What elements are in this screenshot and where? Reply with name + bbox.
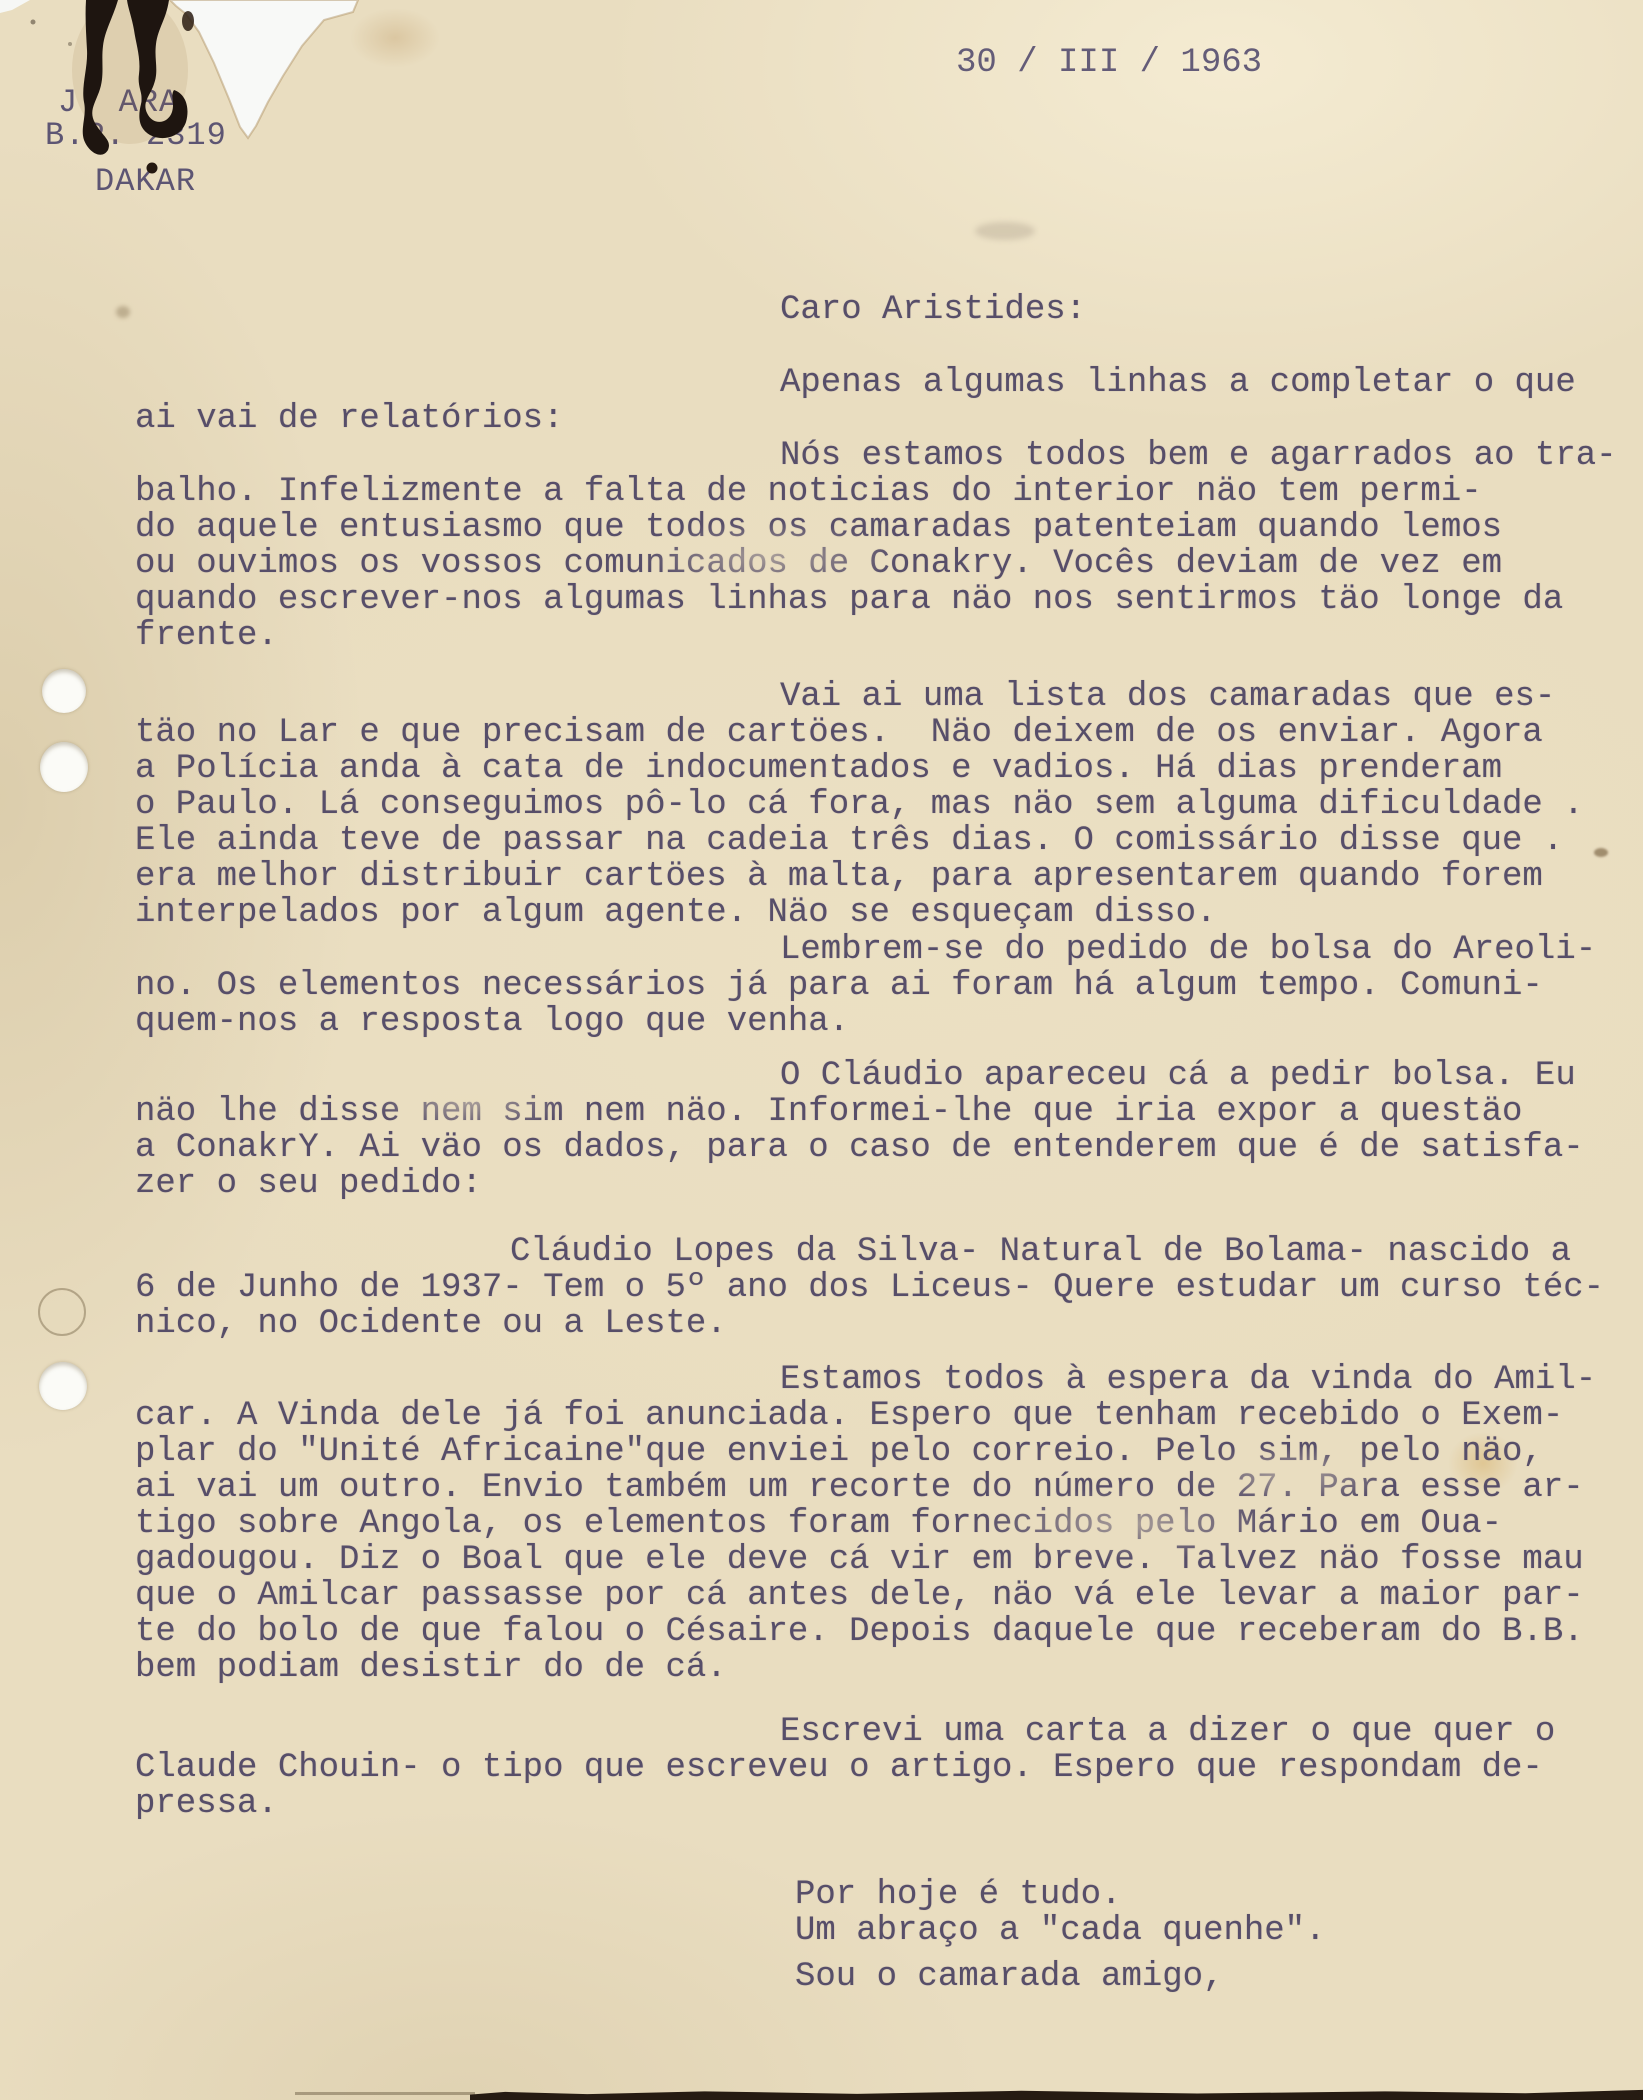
letter-line: Caro Aristides: <box>135 292 1643 328</box>
letter-line: Lembrem-se do pedido de bolsa do Areoli- <box>135 932 1643 968</box>
letter-date: 30 / III / 1963 <box>956 44 1262 82</box>
letter-line: nico, no Ocidente ou a Leste. <box>135 1306 1643 1342</box>
burn-speck <box>31 20 36 25</box>
punch-hole <box>40 742 88 792</box>
paper-stain <box>975 222 1035 240</box>
letter-line: ou ouvimos os vossos comunicados de Cona… <box>135 546 1643 582</box>
letter-line: Vai ai uma lista dos camaradas que es- <box>135 679 1643 715</box>
letter-line: que o Amilcar passasse por cá antes dele… <box>135 1578 1643 1614</box>
letter-line: Um abraço a "cada quenhe". <box>795 1913 1643 1949</box>
letter-line: balho. Infelizmente a falta de noticias … <box>135 474 1643 510</box>
letter-line: quem-nos a resposta logo que venha. <box>135 1004 1643 1040</box>
scan-edge-line <box>295 2092 475 2095</box>
letter-line: Ele ainda teve de passar na cadeia três … <box>135 823 1643 859</box>
letter-paragraph: O Cláudio apareceu cá a pedir bolsa. Eun… <box>135 1058 1643 1202</box>
letter-line: bem podiam desistir do de cá. <box>135 1650 1643 1686</box>
letter-line: 6 de Junho de 1937- Tem o 5º ano dos Lic… <box>135 1270 1643 1306</box>
letter-line: quando escrever-nos algumas linhas para … <box>135 582 1643 618</box>
letter-paragraph: Caro Aristides: <box>135 292 1643 328</box>
letter-line: te do bolo de que falou o Césaire. Depoi… <box>135 1614 1643 1650</box>
paper-stain <box>350 8 440 68</box>
letter-line: pressa. <box>135 1786 1643 1822</box>
letter-line: Sou o camarada amigo, <box>795 1959 1643 1995</box>
letter-line: car. A Vinda dele já foi anunciada. Espe… <box>135 1398 1643 1434</box>
letter-paragraph: Vai ai uma lista dos camaradas que es-tä… <box>135 679 1643 931</box>
letter-paragraph: Escrevi uma carta a dizer o que quer oCl… <box>135 1714 1643 1822</box>
letter-paragraph: Lembrem-se do pedido de bolsa do Areoli-… <box>135 932 1643 1040</box>
letter-paragraph: Apenas algumas linhas a completar o quea… <box>135 365 1643 437</box>
letter-line: plar do "Unité Africaine"que enviei pelo… <box>135 1434 1643 1470</box>
letter-line: O Cláudio apareceu cá a pedir bolsa. Eu <box>135 1058 1643 1094</box>
letter-line: o Paulo. Lá conseguimos pô-lo cá fora, m… <box>135 787 1643 823</box>
letter-paragraph: Por hoje é tudo.Um abraço a "cada quenhe… <box>135 1877 1643 1949</box>
letter-line: frente. <box>135 618 1643 654</box>
letter-line: täo no Lar e que precisam de cartöes. Nä… <box>135 715 1643 751</box>
letter-line: Nós estamos todos bem e agarrados ao tra… <box>135 438 1643 474</box>
letter-line: zer o seu pedido: <box>135 1166 1643 1202</box>
paper-stain <box>116 306 130 318</box>
letter-line: Por hoje é tudo. <box>795 1877 1643 1913</box>
letter-line: Estamos todos à espera da vinda do Amil- <box>135 1362 1643 1398</box>
letter-paragraph: Cláudio Lopes da Silva- Natural de Bolam… <box>135 1234 1643 1342</box>
sender-po-box: B.P. 2319 <box>45 117 227 154</box>
letter-line: Claude Chouin- o tipo que escreveu o art… <box>135 1750 1643 1786</box>
punch-hole <box>39 1362 87 1410</box>
letter-line: era melhor distribuir cartöes à malta, p… <box>135 859 1643 895</box>
letter-paragraph: Nós estamos todos bem e agarrados ao tra… <box>135 438 1643 654</box>
letter-paragraph: Estamos todos à espera da vinda do Amil-… <box>135 1362 1643 1686</box>
letter-line: ai vai de relatórios: <box>135 401 1643 437</box>
burn-mark <box>182 11 194 31</box>
letter-line: gadougou. Diz o Boal que ele deve cá vir… <box>135 1542 1643 1578</box>
letter-line: do aquele entusiasmo que todos os camara… <box>135 510 1643 546</box>
letter-line: no. Os elementos necessários já para ai … <box>135 968 1643 1004</box>
letter-scan: J. ARA B.P. 2319 DAKAR 30 / III / 1963 C… <box>0 0 1643 2100</box>
scan-edge-shadow <box>470 2086 1643 2100</box>
letter-line: Apenas algumas linhas a completar o que <box>135 365 1643 401</box>
letter-paragraph: Sou o camarada amigo, <box>135 1959 1643 1995</box>
burn-speck <box>68 42 72 46</box>
punch-hole <box>42 669 86 713</box>
sender-name: J. ARA <box>58 84 179 121</box>
letter-line: tigo sobre Angola, os elementos foram fo… <box>135 1506 1643 1542</box>
sender-city: DAKAR <box>95 163 196 200</box>
letter-line: näo lhe disse nem sim nem näo. Informei-… <box>135 1094 1643 1130</box>
punch-hole-ring <box>38 1288 86 1336</box>
letter-line: a ConakrY. Ai väo os dados, para o caso … <box>135 1130 1643 1166</box>
corner-sliver <box>0 0 30 13</box>
letter-line: interpelados por algum agente. Näo se es… <box>135 895 1643 931</box>
letter-line: Escrevi uma carta a dizer o que quer o <box>135 1714 1643 1750</box>
letter-line: Cláudio Lopes da Silva- Natural de Bolam… <box>135 1234 1643 1270</box>
letter-line: a Polícia anda à cata de indocumentados … <box>135 751 1643 787</box>
letter-line: ai vai um outro. Envio também um recorte… <box>135 1470 1643 1506</box>
